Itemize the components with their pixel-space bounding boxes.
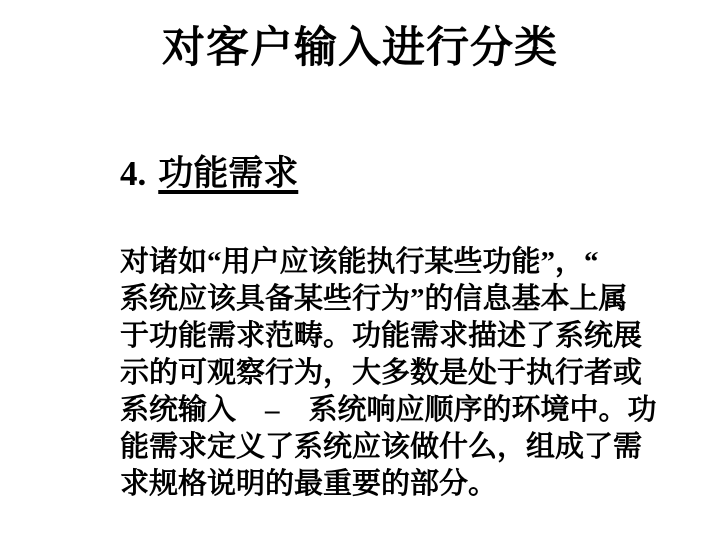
list-item-4: 4.功能需求 — [85, 113, 720, 234]
body-line: 系统输入 – 系统响应顺序的环境中。功 — [120, 392, 665, 429]
body-line: 求规格说明的最重要的部分。 — [120, 466, 665, 503]
slide-title: 对客户输入进行分类 — [0, 0, 720, 73]
body-line: 系统应该具备某些行为”的信息基本上属 — [120, 281, 665, 318]
item-heading: 功能需求 — [158, 154, 298, 194]
body-line: 对诸如“用户应该能执行某些功能”，“ — [120, 244, 665, 281]
body-line: 于功能需求范畴。功能需求描述了系统展 — [120, 318, 665, 355]
item-number: 4. — [120, 154, 146, 194]
body-paragraph: 对诸如“用户应该能执行某些功能”，“ 系统应该具备某些行为”的信息基本上属 于功… — [120, 244, 665, 503]
body-line: 示的可观察行为，大多数是处于执行者或 — [120, 355, 665, 392]
presentation-slide: 对客户输入进行分类 4.功能需求 对诸如“用户应该能执行某些功能”，“ 系统应该… — [0, 0, 720, 540]
body-line: 能需求定义了系统应该做什么，组成了需 — [120, 429, 665, 466]
